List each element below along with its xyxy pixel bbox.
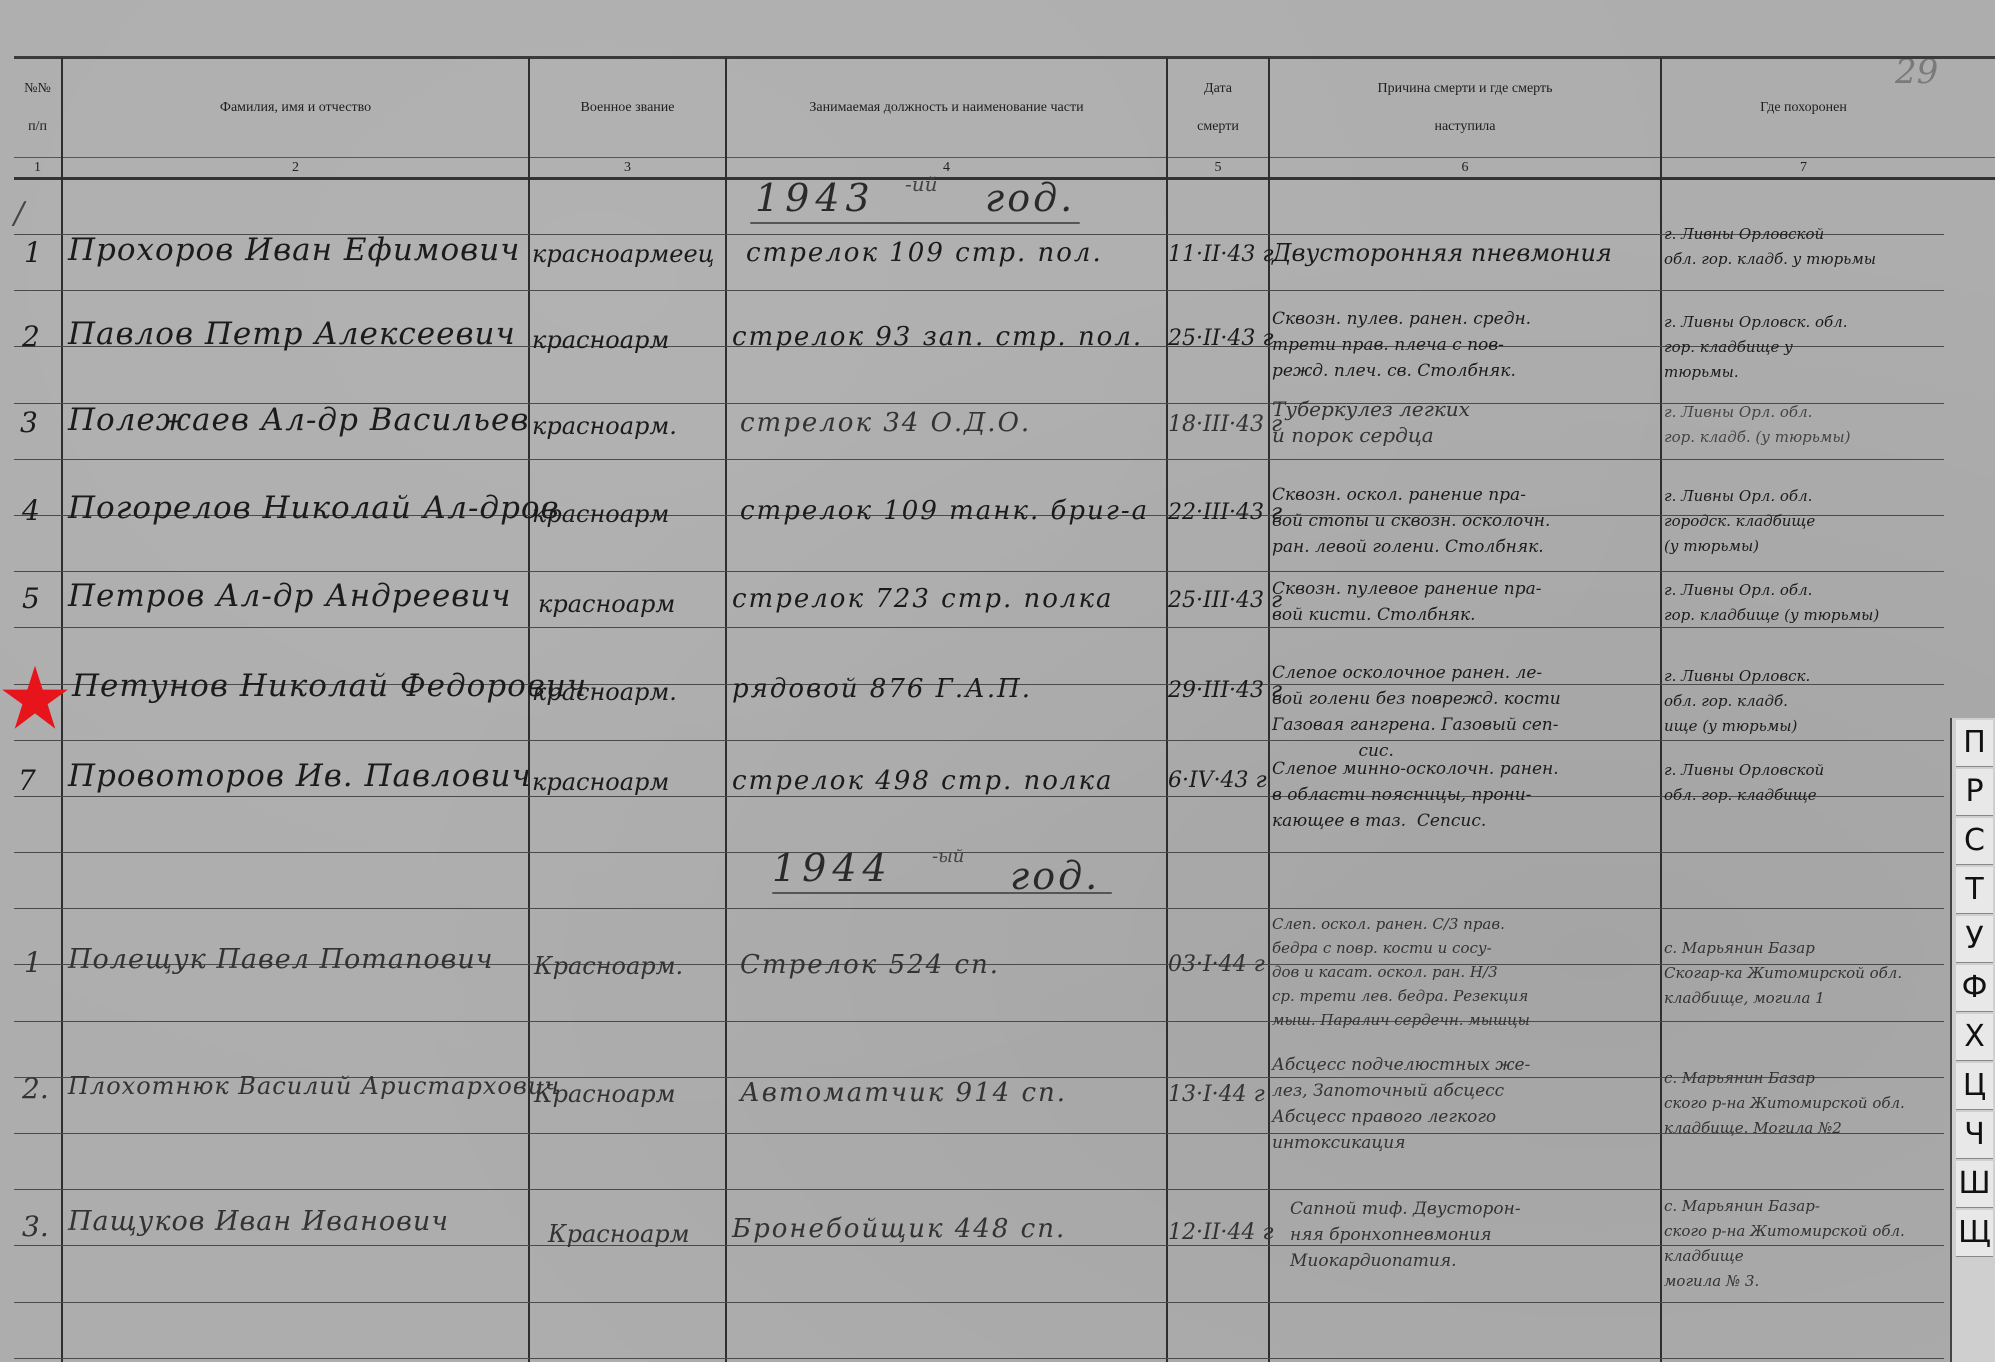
column-number: 6 bbox=[1270, 158, 1660, 177]
death-date: 6·IV·43 г bbox=[1168, 768, 1267, 793]
soldier-name: Плохотнюк Василий Аристархович bbox=[68, 1072, 560, 1100]
soldier-name: Провоторов Ив. Павлович bbox=[68, 758, 532, 794]
header-full-name: Фамилия, имя и отчество bbox=[63, 60, 528, 156]
soldier-name: Полежаев Ал-др Васильев bbox=[68, 402, 529, 438]
header-position: Занимаемая должность и наименование част… bbox=[727, 60, 1166, 156]
top-border bbox=[14, 56, 1995, 59]
death-date: 22·III·43 г bbox=[1168, 500, 1282, 525]
rank: красноарм bbox=[532, 768, 669, 796]
column-divider bbox=[528, 58, 530, 1362]
position: Стрелок 524 сп. bbox=[740, 950, 1000, 980]
burial-place: с. Марьянин Базар ского р-на Житомирской… bbox=[1664, 1066, 1905, 1141]
death-date: 12·II·44 г bbox=[1168, 1220, 1273, 1245]
position: стрелок 498 стр. полка bbox=[732, 766, 1114, 796]
column-number: 7 bbox=[1662, 158, 1945, 177]
rank: красноарм bbox=[532, 326, 669, 354]
death-date: 25·II·43 г bbox=[1168, 326, 1273, 351]
soldier-name: Павлов Петр Алексеевич bbox=[68, 316, 516, 352]
burial-place: г. Ливны Орловск. обл. гор. кладб. ище (… bbox=[1664, 664, 1810, 739]
burial-place: с. Марьянин Базар Скогар-ка Житомирской … bbox=[1664, 936, 1902, 1011]
burial-place: г. Ливны Орловской обл. гор. кладб. у тю… bbox=[1664, 222, 1876, 272]
red-star-icon bbox=[0, 663, 70, 733]
death-cause: Абсцесс подчелюстных же- лез, Запоточный… bbox=[1272, 1052, 1530, 1156]
position: стрелок 109 танк. бриг-а bbox=[740, 496, 1149, 526]
column-divider bbox=[725, 58, 727, 1362]
death-cause: Туберкулез легких и порок сердца bbox=[1272, 396, 1470, 448]
header-death-date: Дата смерти bbox=[1168, 60, 1268, 156]
index-tab[interactable]: П bbox=[1956, 720, 1993, 767]
burial-place: г. Ливны Орл. обл. гор. кладб. (у тюрьмы… bbox=[1664, 400, 1850, 450]
soldier-name: Прохоров Иван Ефимович bbox=[68, 232, 520, 268]
header-burial: Где похоронен bbox=[1662, 60, 1945, 156]
index-tab[interactable]: Р bbox=[1956, 769, 1993, 816]
position: рядовой 876 Г.А.П. bbox=[732, 674, 1032, 704]
death-cause: Сквозн. пулевое ранение пра- вой кисти. … bbox=[1272, 576, 1541, 628]
burial-place: г. Ливны Орл. обл. городск. кладбище (у … bbox=[1664, 484, 1815, 559]
death-date: 03·I·44 г bbox=[1168, 952, 1265, 977]
soldier-name: Полещук Павел Потапович bbox=[68, 944, 494, 975]
rank: красноарм bbox=[538, 590, 675, 618]
death-cause: Слеп. оскол. ранен. С/3 прав. бедра с по… bbox=[1272, 912, 1530, 1032]
death-date: 13·I·44 г bbox=[1168, 1082, 1265, 1107]
death-cause: Сквозн. оскол. ранение пра- вой стопы и … bbox=[1272, 482, 1550, 560]
position: Автоматчик 914 сп. bbox=[740, 1078, 1067, 1108]
column-number: 4 bbox=[727, 158, 1166, 177]
death-cause: Сапной тиф. Двусторон- няя бронхопневмон… bbox=[1290, 1196, 1521, 1274]
archive-page: 29 №№ п/п Фамилия, имя и отчество Военно… bbox=[0, 0, 1995, 1362]
position: Бронебойщик 448 сп. bbox=[732, 1214, 1066, 1244]
column-divider bbox=[1660, 58, 1662, 1362]
index-tab[interactable]: С bbox=[1956, 818, 1993, 865]
position: стрелок 34 О.Д.О. bbox=[740, 408, 1031, 438]
index-tab[interactable]: Щ bbox=[1956, 1210, 1993, 1257]
death-cause: Слепое минно-осколочн. ранен. в области … bbox=[1272, 756, 1559, 834]
column-number: 3 bbox=[530, 158, 725, 177]
header-index: №№ п/п bbox=[14, 60, 61, 156]
soldier-name: Пащуков Иван Иванович bbox=[68, 1206, 449, 1237]
position: стрелок 93 зап. стр. пол. bbox=[732, 322, 1143, 352]
index-tab[interactable]: Ч bbox=[1956, 1112, 1993, 1159]
position: стрелок 109 стр. пол. bbox=[746, 238, 1103, 268]
column-number: 1 bbox=[14, 158, 61, 177]
header-rank: Военное звание bbox=[530, 60, 725, 156]
rank: Красноарм bbox=[534, 1080, 676, 1108]
index-tab[interactable]: Т bbox=[1956, 867, 1993, 914]
header-cause: Причина смерти и где смерть наступила bbox=[1270, 60, 1660, 156]
death-cause: Двусторонняя пневмония bbox=[1272, 240, 1612, 266]
rank: Красноарм. bbox=[534, 952, 683, 980]
index-tab[interactable]: Х bbox=[1956, 1014, 1993, 1061]
rank: красноарм bbox=[532, 500, 669, 528]
index-tab[interactable]: У bbox=[1956, 916, 1993, 963]
rank: красноарм. bbox=[532, 678, 677, 706]
soldier-name: Погорелов Николай Ал-дров bbox=[68, 490, 560, 526]
column-number: 2 bbox=[63, 158, 528, 177]
soldier-name: Петунов Николай Федорович bbox=[72, 668, 587, 704]
death-date: 11·II·43 г bbox=[1168, 242, 1273, 267]
rank: красноармеец bbox=[532, 240, 714, 268]
position: стрелок 723 стр. полка bbox=[732, 584, 1114, 614]
burial-place: г. Ливны Орловск. обл. гор. кладбище у т… bbox=[1664, 310, 1848, 385]
alphabet-index-strip: П Р С Т У Ф Х Ц Ч Ш Щ bbox=[1950, 718, 1995, 1362]
death-date: 29·III·43 г bbox=[1168, 678, 1282, 703]
burial-place: г. Ливны Орл. обл. гор. кладбище (у тюрь… bbox=[1664, 578, 1879, 628]
rank: красноарм. bbox=[532, 412, 677, 440]
death-cause: Слепое осколочное ранен. ле- вой голени … bbox=[1272, 660, 1561, 764]
death-date: 18·III·43 г bbox=[1168, 412, 1282, 437]
burial-place: с. Марьянин Базар- ского р-на Житомирско… bbox=[1664, 1194, 1905, 1294]
soldier-name: Петров Ал-др Андреевич bbox=[68, 578, 512, 614]
death-cause: Сквозн. пулев. ранен. средн. трети прав.… bbox=[1272, 306, 1531, 384]
index-tab[interactable]: Ц bbox=[1956, 1063, 1993, 1110]
burial-place: г. Ливны Орловской обл. гор. кладбище bbox=[1664, 758, 1824, 808]
death-date: 25·III·43 г bbox=[1168, 588, 1282, 613]
index-tab[interactable]: Ш bbox=[1956, 1161, 1993, 1208]
column-number: 5 bbox=[1168, 158, 1268, 177]
rank: Красноарм bbox=[548, 1220, 690, 1248]
index-tab[interactable]: Ф bbox=[1956, 965, 1993, 1012]
